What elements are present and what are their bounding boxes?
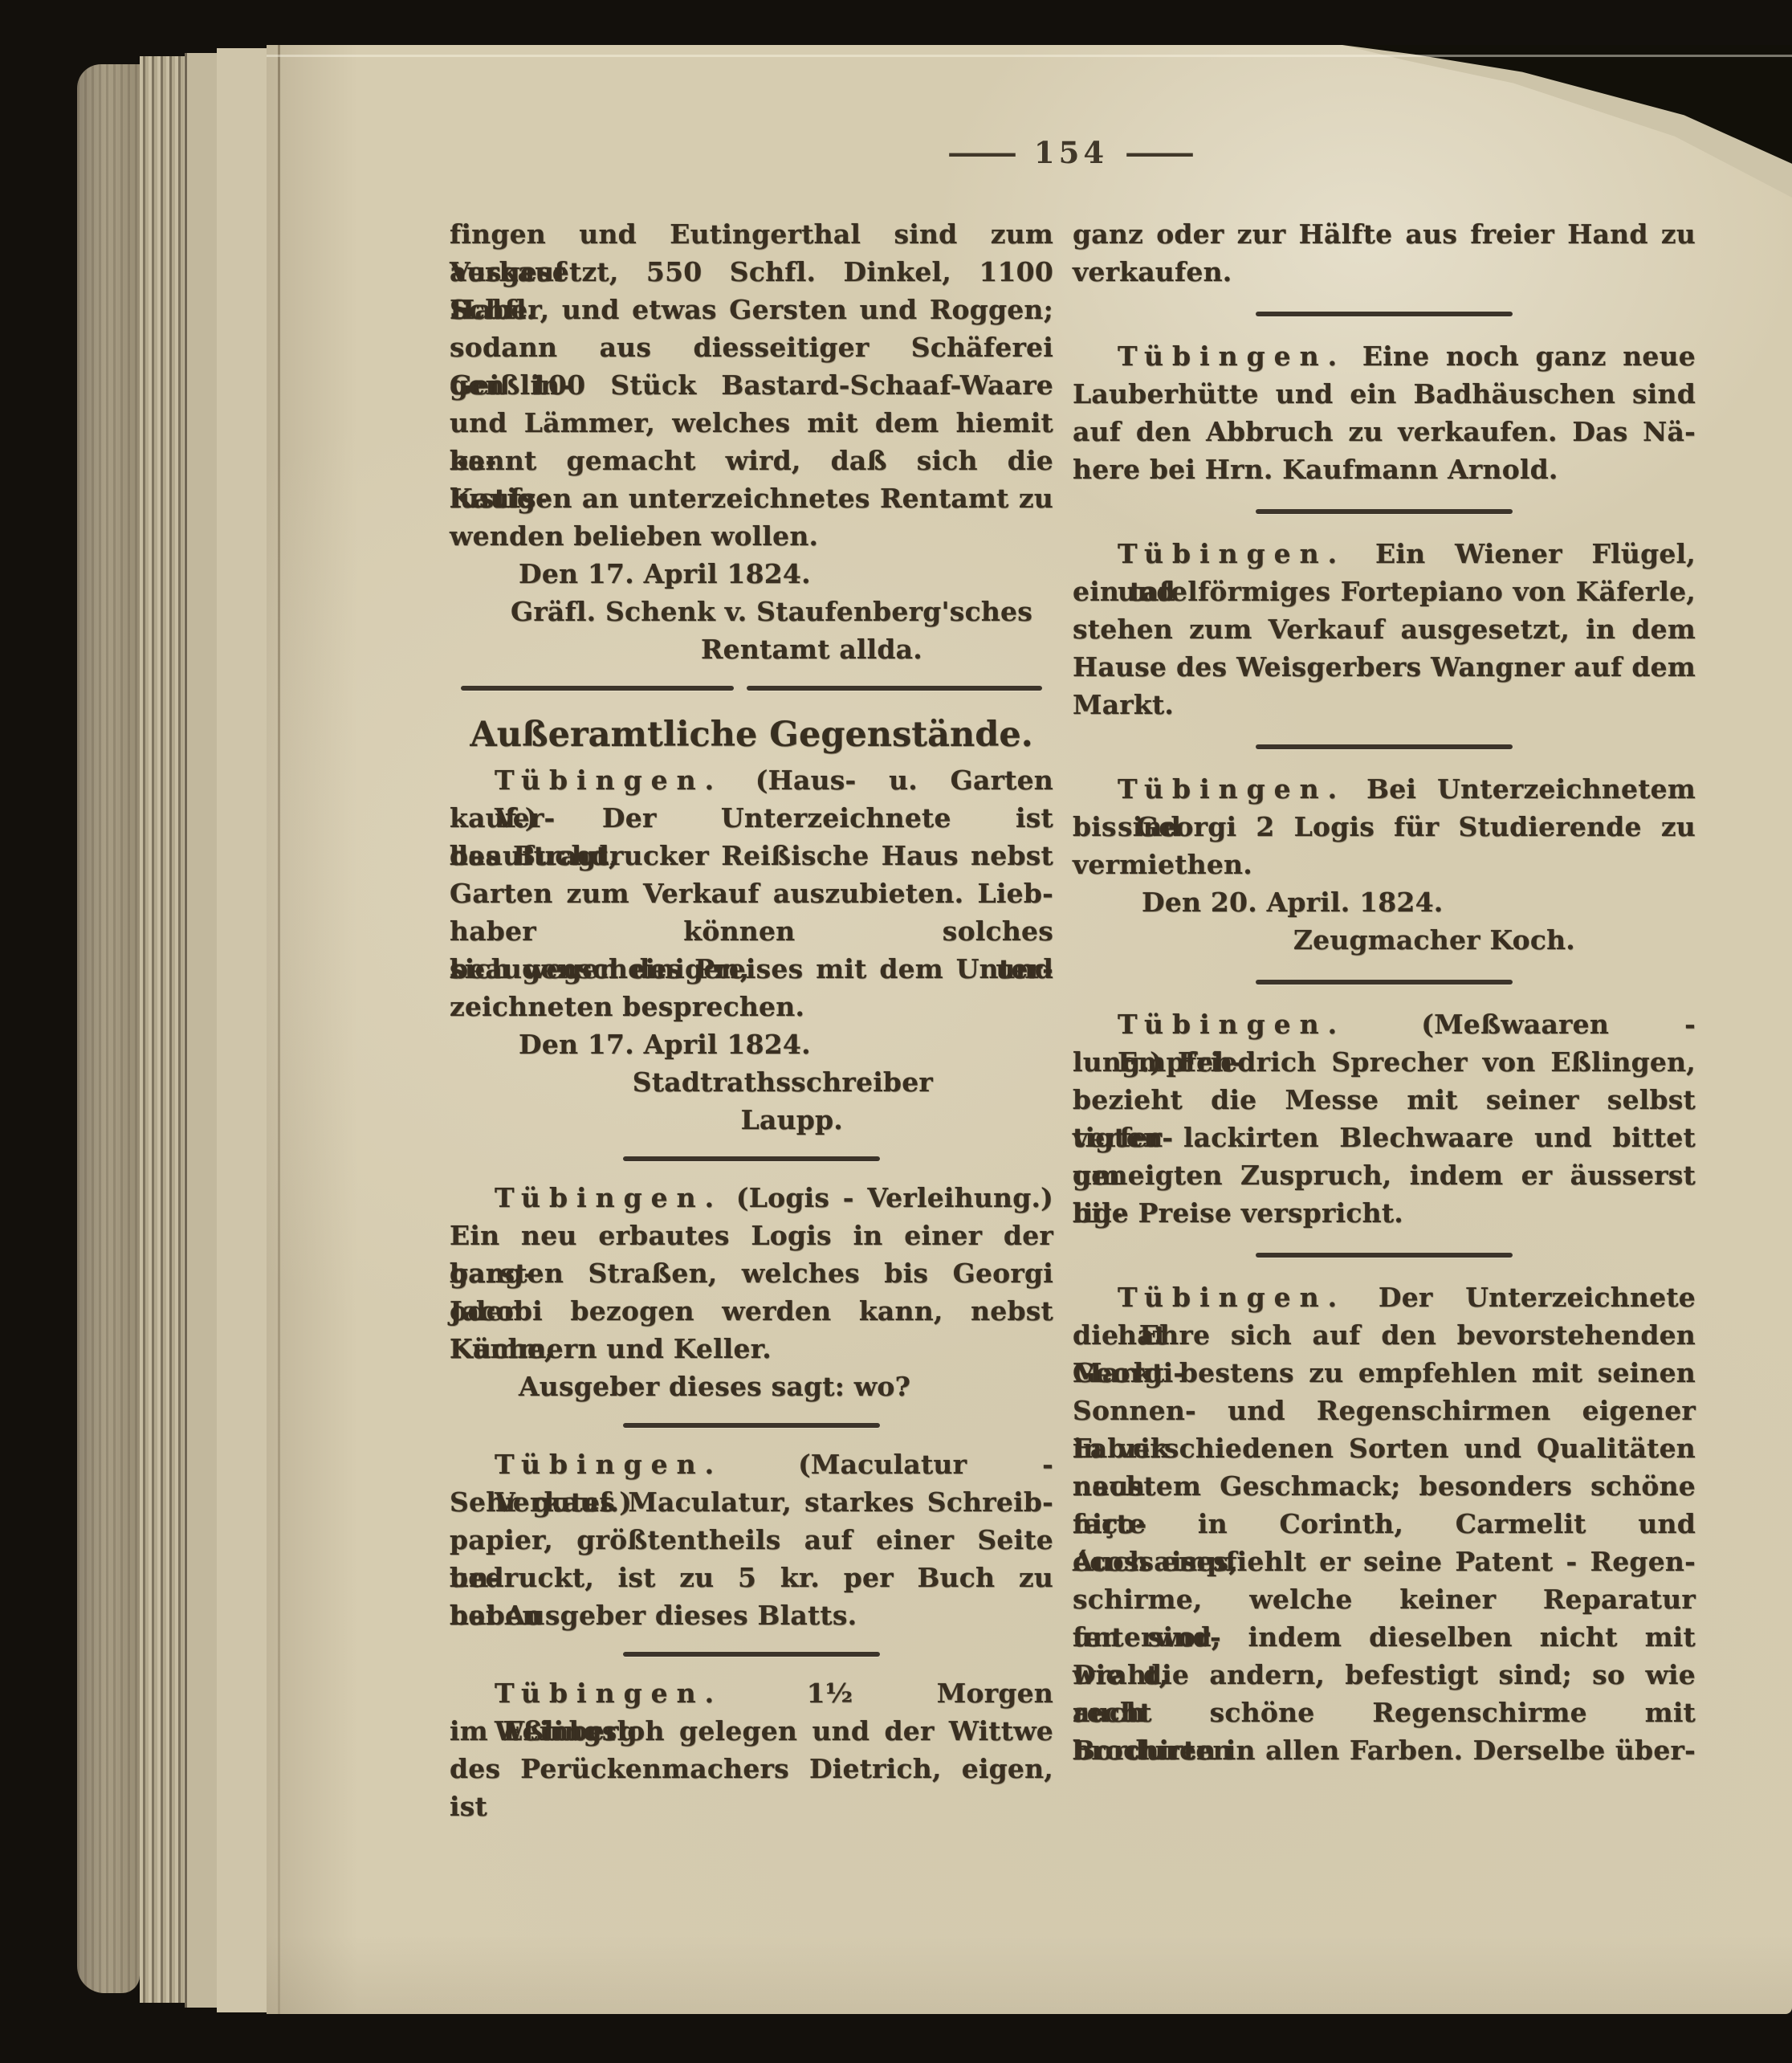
text-line: Sonnen- und Regenschirmen eigener Fabrik <box>1073 1392 1696 1429</box>
text-line: wenden belieben wollen. <box>450 517 1053 555</box>
text-line: bis Georgi 2 Logis für Studierende zu <box>1073 808 1696 846</box>
right-column: ganz oder zur Hälfte aus freier Hand zuv… <box>1073 215 1696 1788</box>
text-line: barsten Straßen, welches bis Georgi oder <box>450 1254 1053 1292</box>
section-divider <box>450 668 1053 708</box>
date-line: Den 17. April 1824. <box>450 1025 1053 1063</box>
text-line: Lauberhütte und ein Badhäuschen sind <box>1073 375 1696 413</box>
page-edge-strip <box>77 64 140 1993</box>
city-dateline: Tübingen. <box>1118 538 1346 569</box>
city-dateline: Tübingen. <box>495 1678 723 1709</box>
divider-bar <box>747 686 1042 691</box>
text-line: ganz oder zur Hälfte aus freier Hand zu <box>1073 215 1696 253</box>
text-line: stehen zum Verkauf ausgesetzt, in dem <box>1073 610 1696 648</box>
section-divider <box>1073 959 1696 1005</box>
text-line: lige Preise verspricht. <box>1073 1194 1696 1232</box>
text-columns: fingen und Eutingerthal sind zum Verkauf… <box>450 215 1696 1788</box>
city-dateline: Tübingen. <box>1118 1282 1346 1313</box>
city-dateline: Tübingen. <box>495 764 723 796</box>
signature-line: Stadtrathsschreiber <box>450 1063 1053 1101</box>
date-line: Den 17. April 1824. <box>450 555 1053 593</box>
divider-bar <box>623 1423 880 1428</box>
text-line: verkaufen. <box>1073 253 1696 291</box>
text-line: zeichneten besprechen. <box>450 988 1053 1025</box>
paragraph-opener-line: Tübingen. (Haus- u. Garten Ver- <box>450 761 1053 799</box>
text-line: Markt bestens zu empfehlen mit seinen <box>1073 1354 1696 1392</box>
divider-bar <box>1256 312 1513 316</box>
text-line: Garten zum Verkauf auszubieten. Lieb- <box>450 875 1053 912</box>
text-line: auf den Abbruch zu verkaufen. Das Nä- <box>1073 413 1696 451</box>
book-fore-edges <box>0 0 267 2063</box>
text-line: vermiethen. <box>1073 846 1696 883</box>
date-line: Ausgeber dieses sagt: wo? <box>450 1368 1053 1405</box>
city-dateline: Tübingen. <box>1118 340 1346 372</box>
text-line: Haber, und etwas Gersten und Roggen; <box>450 291 1053 328</box>
page-edge-strip <box>140 56 185 2003</box>
city-dateline: Tübingen. <box>495 1449 723 1480</box>
text-line: lung.) Friedrich Sprecher von Eßlingen, <box>1073 1043 1696 1081</box>
text-line: Sehr gutes Maculatur, starkes Schreib- <box>450 1483 1053 1521</box>
text-line: Markt. <box>1073 686 1696 724</box>
section-divider <box>1073 488 1696 535</box>
paragraph-opener-line: Tübingen. Der Unterzeichnete hat <box>1073 1278 1696 1316</box>
text-line: Ein neu erbautes Logis in einer der gang… <box>450 1217 1053 1254</box>
text-line: in verschiedenen Sorten und Qualitäten n… <box>1073 1429 1696 1467</box>
text-line: here bei Hrn. Kaufmann Arnold. <box>1073 451 1696 488</box>
city-dateline: Tübingen. <box>1118 773 1346 805</box>
text-line: ausgesetzt, 550 Schfl. Dinkel, 1100 Schf… <box>450 253 1053 291</box>
section-divider <box>1073 724 1696 770</box>
signature-line: Laupp. <box>450 1101 1053 1139</box>
text-line: Borduren in allen Farben. Derselbe über- <box>1073 1731 1696 1769</box>
paragraph-opener-line: Tübingen. (Maculatur - Verkauf.) <box>450 1445 1053 1483</box>
divider-bar <box>623 1156 880 1161</box>
page-number-row: — 154 — <box>450 130 1692 175</box>
text-line: ein tafelförmiges Fortepiano von Käferle… <box>1073 573 1696 610</box>
text-line: neustem Geschmack; besonders schöne faço… <box>1073 1467 1696 1505</box>
paragraph-opener-line: Tübingen. Bei Unterzeichnetem sind <box>1073 770 1696 808</box>
text-line: bei Ausgeber dieses Blatts. <box>450 1596 1053 1634</box>
text-line: sodann aus diesseitiger Schäferei Geißli… <box>450 328 1053 366</box>
section-divider <box>450 1139 1053 1179</box>
text-line: nirte in Corinth, Carmelit und écossaise… <box>1073 1505 1696 1543</box>
text-line: gen 100 Stück Bastard-Schaaf-Waare <box>450 366 1053 404</box>
section-divider <box>450 1634 1053 1674</box>
text-line: Jacobi bezogen werden kann, nebst Küche, <box>450 1292 1053 1330</box>
text-line: das Buchdrucker Reißische Haus nebst <box>450 837 1053 875</box>
text-line: wie die andern, befestigt sind; so wie a… <box>1073 1656 1696 1694</box>
divider-bar <box>1256 744 1513 749</box>
text-line: des Perückenmachers Dietrich, eigen, ist <box>450 1750 1053 1788</box>
text-line: geneigten Zuspruch, indem er äusserst bi… <box>1073 1156 1696 1194</box>
text-line: recht schöne Regenschirme mit brochirten <box>1073 1694 1696 1731</box>
text-line: bezieht die Messe mit seiner selbst verf… <box>1073 1081 1696 1119</box>
text-line: Auch empfiehlt er seine Patent - Regen- <box>1073 1543 1696 1580</box>
text-line: bedruckt, ist zu 5 kr. per Buch zu haben <box>450 1559 1053 1596</box>
text-line: die Ehre sich auf den bevorstehenden Geo… <box>1073 1316 1696 1354</box>
text-line: Kammern und Keller. <box>450 1330 1053 1368</box>
section-divider <box>1073 291 1696 337</box>
text-line: lustigen an unterzeichnetes Rentamt zu <box>450 479 1053 517</box>
section-divider <box>450 1405 1053 1445</box>
page-edge-strip <box>217 48 270 2012</box>
section-divider <box>1073 1232 1696 1278</box>
page-number: 154 <box>1034 135 1108 170</box>
divider-bar <box>1256 980 1513 985</box>
city-dateline: Tübingen. <box>1118 1009 1346 1040</box>
text-line: papier, größtentheils auf einer Seite un… <box>450 1521 1053 1559</box>
text-line: und Lämmer, welches mit dem hiemit be- <box>450 404 1053 442</box>
text-line: kauf.) Der Unterzeichnete ist beauftragt… <box>450 799 1053 837</box>
date-line: Den 20. April. 1824. <box>1073 883 1696 921</box>
text-line: sich wegen des Preises mit dem Unter- <box>450 950 1053 988</box>
paragraph-opener-line: Tübingen. (Meßwaaren - Empfeh- <box>1073 1005 1696 1043</box>
newspaper-page: — 154 — fingen und Eutingerthal sind zum… <box>267 45 1792 2014</box>
divider-bar <box>1256 1253 1513 1258</box>
text-line: kannt gemacht wird, daß sich die Kaufs- <box>450 442 1053 479</box>
paragraph-opener-line: Tübingen. (Logis - Verleihung.) <box>450 1179 1053 1217</box>
text-line: fingen und Eutingerthal sind zum Verkauf <box>450 215 1053 253</box>
page-number-dash: — <box>945 135 1020 170</box>
divider-bar <box>1256 509 1513 514</box>
opener-text: (Logis - Verleihung.) <box>736 1182 1053 1213</box>
signature-line: Gräfl. Schenk v. Staufenberg'sches <box>450 593 1053 630</box>
scanned-book-photo: — 154 — fingen und Eutingerthal sind zum… <box>0 0 1792 2063</box>
paragraph-opener-line: Tübingen. 1½ Morgen Weinberg <box>450 1674 1053 1712</box>
paragraph-opener-line: Tübingen. Ein Wiener Flügel, und <box>1073 535 1696 573</box>
text-line: Hause des Weisgerbers Wangner auf dem <box>1073 648 1696 686</box>
text-line: fen sind, indem dieselben nicht mit Drah… <box>1073 1618 1696 1656</box>
signature-line: Rentamt allda. <box>450 630 1053 668</box>
signature-line: Zeugmacher Koch. <box>1073 921 1696 959</box>
divider-bar <box>623 1652 880 1657</box>
divider-bar <box>461 686 734 691</box>
page-number-dash: — <box>1122 135 1197 170</box>
paragraph-opener-line: Tübingen. Eine noch ganz neue <box>1073 337 1696 375</box>
text-line: im Eßlingsloh gelegen und der Wittwe <box>450 1712 1053 1750</box>
text-line: tigten lackirten Blechwaare und bittet u… <box>1073 1119 1696 1156</box>
section-heading: Außeramtliche Gegenstände. <box>450 710 1053 761</box>
city-dateline: Tübingen. <box>495 1182 723 1213</box>
text-line: haber können solches beaugenscheinigen, … <box>450 912 1053 950</box>
opener-text: Eine noch ganz neue <box>1362 340 1696 372</box>
text-line: schirme, welche keiner Reparatur unterwo… <box>1073 1580 1696 1618</box>
left-column: fingen und Eutingerthal sind zum Verkauf… <box>450 215 1053 1788</box>
